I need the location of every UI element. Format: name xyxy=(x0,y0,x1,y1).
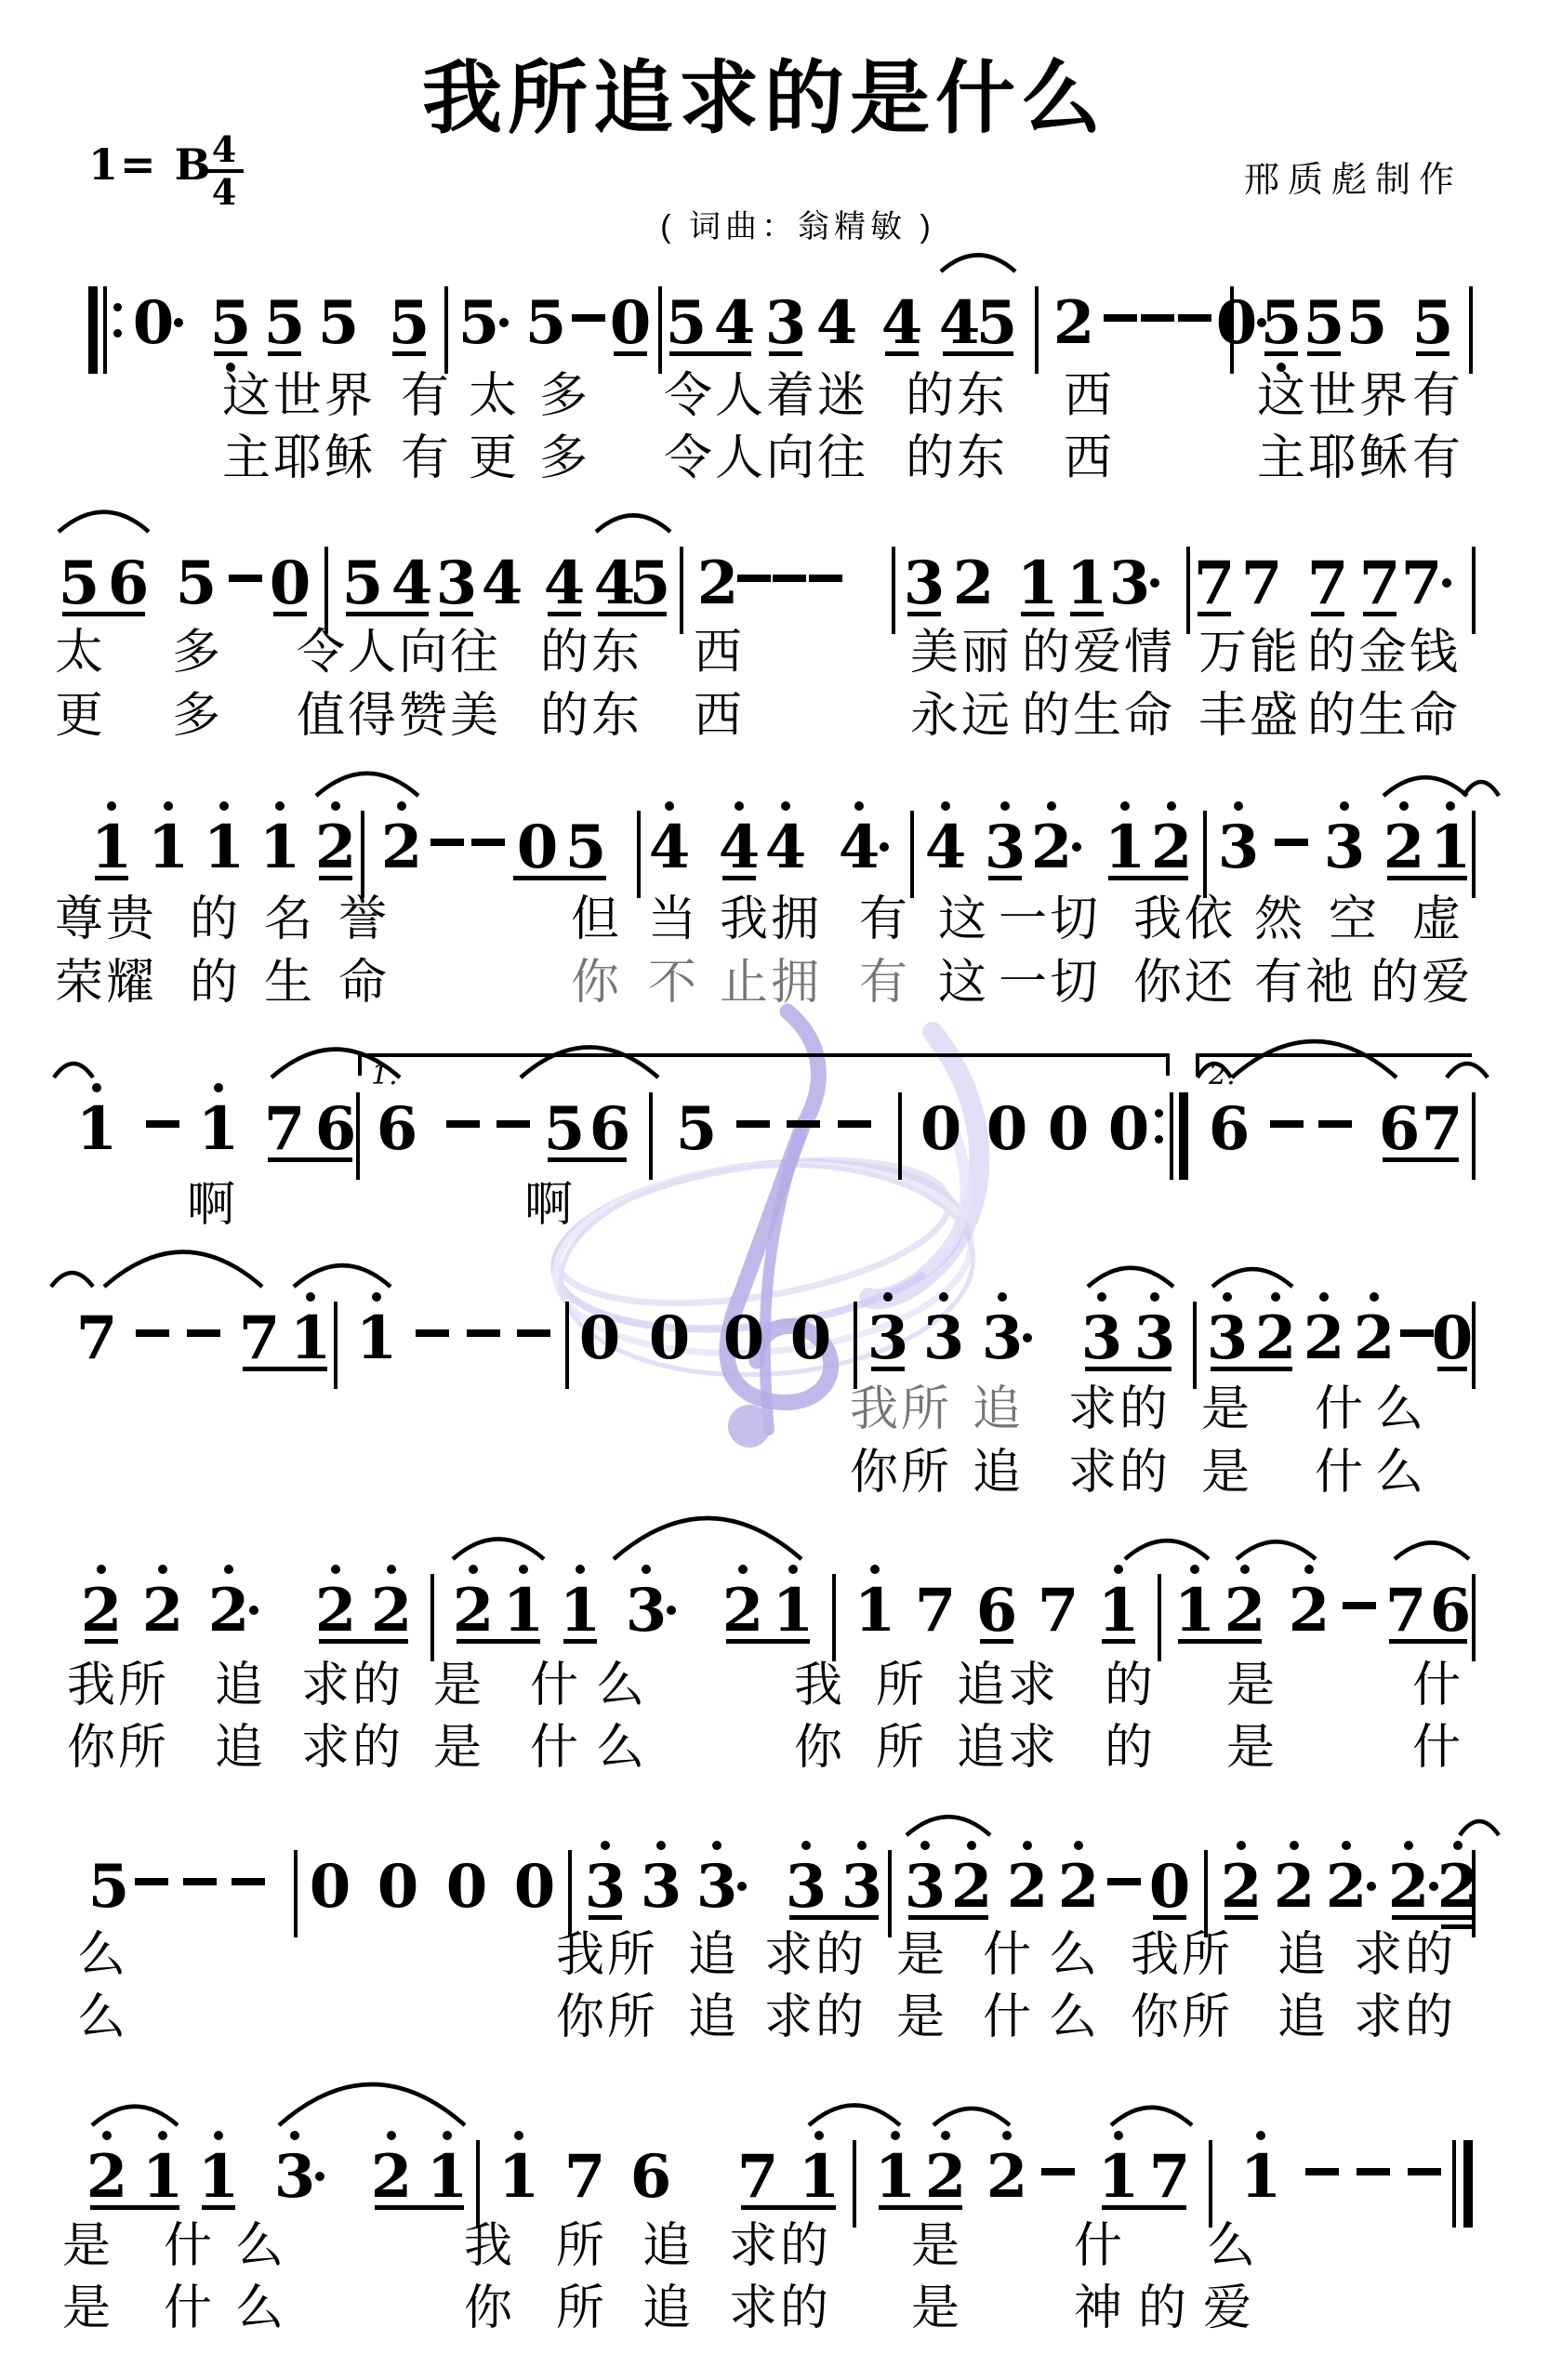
octave-dot-above xyxy=(92,1083,101,1092)
note-digit: 7 xyxy=(1038,1581,1079,1641)
note-digit: 3 xyxy=(923,1309,965,1368)
lyric-text: 什 xyxy=(530,1661,581,1710)
slur-tie xyxy=(59,512,149,532)
note-digit: 5 xyxy=(176,554,218,614)
octave-dot-above xyxy=(967,1841,976,1850)
octave-dot-above xyxy=(642,1565,651,1574)
lyric-text: 什 xyxy=(1412,1661,1463,1710)
lyric-text: 求的 xyxy=(729,2284,831,2333)
note-digit: 2 xyxy=(1354,1309,1396,1368)
barline-single xyxy=(637,811,641,898)
lyric-text: 我所 xyxy=(67,1661,169,1710)
lyric-text: 什 xyxy=(1074,2222,1125,2270)
note-digit: 0 xyxy=(1432,1309,1474,1368)
beam-underline xyxy=(268,351,301,356)
note-digit: 4 xyxy=(649,818,691,878)
lyric-text: 你还 xyxy=(1133,959,1236,1007)
lyric-text: 的生命 xyxy=(1022,692,1175,740)
barline-single xyxy=(1035,286,1039,374)
beam-underline xyxy=(1085,1367,1171,1371)
note-digit: 3 xyxy=(1134,1309,1176,1368)
lyric-text: 什 xyxy=(1315,1385,1366,1434)
octave-dot-above xyxy=(158,1565,167,1574)
barline-single xyxy=(1158,1574,1161,1661)
lyric-text: 追求 xyxy=(957,1724,1059,1772)
beam-underline xyxy=(1416,351,1449,356)
slur-tie xyxy=(51,1273,93,1287)
beam-underline xyxy=(943,351,1013,356)
beam-underline xyxy=(741,2205,836,2210)
lyric-text: 什 xyxy=(164,2284,215,2333)
lyric-text: 的爱情 xyxy=(1022,628,1175,677)
note-digit: 5 xyxy=(976,294,1018,353)
barline-single xyxy=(565,1302,569,1389)
lyric-text: 是 xyxy=(1226,1661,1277,1710)
rest-dash xyxy=(1357,2168,1390,2175)
note-digit: 5 xyxy=(458,294,500,353)
barline-single xyxy=(892,547,895,634)
note-digit: 3 xyxy=(641,1858,682,1917)
octave-dot-above xyxy=(1023,1841,1032,1850)
note-digit: 4 xyxy=(839,818,880,878)
barline-single xyxy=(430,1574,434,1661)
note-digit: 6 xyxy=(1430,1581,1472,1641)
slur-tie xyxy=(941,255,1015,271)
lyric-text: 求的 xyxy=(301,1661,404,1710)
octave-dot-above xyxy=(576,1565,585,1574)
note-digit: 1 xyxy=(142,2148,184,2207)
note-digit: 3 xyxy=(841,1858,883,1917)
rest-dash xyxy=(446,1120,480,1128)
lyric-text: 的东 xyxy=(906,434,1008,483)
rest-dash xyxy=(416,1329,449,1337)
rest-dash xyxy=(136,1329,169,1337)
note-digit: 2 xyxy=(1031,818,1073,878)
lyric-text: 这 xyxy=(938,895,989,944)
barline-repeat-begin-thin xyxy=(103,286,107,374)
barline-single xyxy=(1472,1850,1476,1937)
beam-underline xyxy=(95,876,128,880)
lyric-text: 是 xyxy=(62,2222,113,2270)
note-digit: 3 xyxy=(786,1858,827,1917)
octave-dot-above xyxy=(854,801,864,811)
lyric-text: 求的 xyxy=(1354,1993,1456,2042)
note-digit: 2 xyxy=(951,1858,993,1917)
rest-dash xyxy=(1305,2168,1339,2175)
octave-dot-above xyxy=(891,2131,900,2140)
octave-dot-above xyxy=(1234,801,1243,811)
lyric-text: 所 xyxy=(556,2284,607,2333)
lyric-text: 这世界 xyxy=(1257,372,1410,420)
note-digit: 0 xyxy=(649,1309,691,1368)
beam-underline xyxy=(392,351,426,356)
beam-underline xyxy=(769,351,802,356)
lyric-text: 主耶稣 xyxy=(1257,434,1410,483)
octave-dot-above xyxy=(1370,1292,1379,1302)
lyric-text: 当 xyxy=(648,895,699,944)
barline-single xyxy=(1203,811,1207,898)
note-digit: 1 xyxy=(1017,554,1059,614)
barline-single xyxy=(1193,1302,1197,1389)
lyric-text: 一切 xyxy=(999,959,1101,1007)
note-digit: 2 xyxy=(371,2148,413,2207)
rest-dash xyxy=(572,314,605,322)
beam-underline xyxy=(440,612,473,616)
note-digit: 2 xyxy=(1151,818,1193,878)
note-digit: 5 xyxy=(1261,294,1303,353)
note-digit: 3 xyxy=(1081,1309,1123,1368)
octave-dot-above xyxy=(883,1292,893,1302)
beam-underline xyxy=(1307,351,1341,356)
beam-underline xyxy=(457,1639,540,1644)
lyric-text: 这 xyxy=(938,959,989,1007)
slur-tie xyxy=(1111,2108,1192,2125)
lyric-text: 命 xyxy=(338,959,390,1007)
note-digit: 2 xyxy=(1007,1858,1049,1917)
lyric-text: 空 xyxy=(1329,895,1380,944)
lyric-text: 什 xyxy=(1412,1724,1463,1772)
barline-single xyxy=(356,1092,360,1180)
augmentation-dot xyxy=(315,2172,324,2181)
note-digit: 7 xyxy=(737,2148,779,2207)
octave-dot-above xyxy=(920,1841,930,1850)
beam-underline xyxy=(62,612,145,616)
note-digit: 4 xyxy=(939,294,981,353)
rest-dash xyxy=(1343,1602,1376,1609)
octave-dot-above xyxy=(219,801,229,811)
octave-dot-above xyxy=(164,801,173,811)
beam-underline xyxy=(722,876,756,880)
octave-dot-above xyxy=(1223,1292,1232,1302)
lyric-text: 的东 xyxy=(906,372,1008,420)
beam-underline xyxy=(879,2205,962,2210)
note-digit: 1 xyxy=(204,818,245,878)
lyric-text: 然 xyxy=(1254,895,1305,944)
beam-underline xyxy=(598,612,667,616)
beam-underline xyxy=(243,1367,327,1371)
slur-tie xyxy=(521,1047,658,1078)
beam-underline xyxy=(1383,1157,1459,1162)
augmentation-dot xyxy=(1442,578,1451,588)
lyric-text: 誉 xyxy=(338,895,390,944)
note-digit: 1 xyxy=(198,1100,240,1159)
beam-underline xyxy=(726,1639,810,1644)
beam-underline xyxy=(319,876,352,880)
note-digit: 2 xyxy=(1058,1858,1100,1917)
note-digit: 3 xyxy=(985,818,1026,878)
lyric-text: 求的 xyxy=(764,1993,867,2042)
note-digit: 3 xyxy=(696,1858,738,1917)
note-digit: 3 xyxy=(904,554,946,614)
beam-underline xyxy=(908,1915,988,1920)
barline-single xyxy=(1472,547,1476,634)
beam-underline xyxy=(988,876,1022,880)
barline-single xyxy=(334,1302,338,1389)
rest-dash xyxy=(135,1878,168,1885)
note-digit: 5 xyxy=(342,554,384,614)
note-digit: 1 xyxy=(1430,818,1472,878)
note-digit: 7 xyxy=(1307,554,1349,614)
note-digit: 3 xyxy=(982,1309,1024,1368)
note-digit: 2 xyxy=(315,818,357,878)
note-digit: 3 xyxy=(1109,554,1151,614)
note-digit: 2 xyxy=(1388,1858,1430,1917)
lyric-text: 是 xyxy=(911,2222,962,2270)
repeat-dot xyxy=(1155,1135,1163,1144)
lyric-text: 西 xyxy=(694,628,745,677)
slur-tie xyxy=(294,1265,390,1287)
lyric-text: 有 xyxy=(1412,434,1463,483)
lyric-text: 一切 xyxy=(999,895,1101,944)
octave-dot-above xyxy=(781,801,790,811)
lyric-text: 你所 xyxy=(850,1448,952,1497)
note-digit: 0 xyxy=(1048,1100,1090,1159)
lyric-text: 尊贵 xyxy=(55,895,157,944)
barline-single xyxy=(444,286,448,374)
beam-underline xyxy=(789,1915,879,1920)
lyric-text: 么 xyxy=(235,2222,286,2270)
octave-dot-above xyxy=(1453,1841,1463,1850)
rest-dash xyxy=(1408,2168,1441,2175)
lyric-text: 令人向往 xyxy=(664,434,868,483)
beam-underline xyxy=(1363,612,1397,616)
note-digit: 5 xyxy=(565,818,607,878)
barline-single xyxy=(898,1092,902,1180)
augmentation-dot xyxy=(737,1882,747,1891)
note-digit: 2 xyxy=(986,2148,1028,2207)
rest-dash xyxy=(736,1120,770,1128)
octave-dot-above xyxy=(1190,1565,1199,1574)
note-digit: 0 xyxy=(514,1858,556,1917)
note-digit: 7 xyxy=(239,1309,281,1368)
note-digit: 7 xyxy=(76,1309,118,1368)
barline-single xyxy=(853,2140,856,2228)
note-digit: 2 xyxy=(1221,1858,1263,1917)
lyric-text: 太 xyxy=(55,628,106,677)
barline-single xyxy=(324,547,328,634)
note-digit: 1 xyxy=(1066,554,1108,614)
lyric-text: 我所 xyxy=(850,1385,952,1434)
beam-underline xyxy=(319,1639,408,1644)
lyric-text: 是 xyxy=(433,1661,484,1710)
lyric-text: 但 xyxy=(571,895,622,944)
note-digit: 2 xyxy=(1274,1858,1316,1917)
beam-underline xyxy=(1224,1915,1258,1920)
lyric-text: 的生命 xyxy=(1307,692,1461,740)
octave-dot-above xyxy=(1304,1565,1314,1574)
note-digit: 5 xyxy=(1304,294,1345,353)
octave-dot-above xyxy=(1404,1841,1413,1850)
octave-dot-above xyxy=(1167,801,1176,811)
lyric-text: 你 xyxy=(464,2284,515,2333)
octave-dot-above xyxy=(224,1565,233,1574)
lyric-text: 所 xyxy=(556,2222,607,2270)
beam-underline xyxy=(346,612,429,616)
note-digit: 0 xyxy=(1149,1858,1191,1917)
rest-dash xyxy=(773,575,806,582)
beam-underline xyxy=(907,612,941,616)
note-digit: 5 xyxy=(666,294,708,353)
octave-dot-above xyxy=(97,1565,106,1574)
beam-underline xyxy=(563,1639,597,1644)
octave-dot-above xyxy=(1150,1292,1159,1302)
slur-tie xyxy=(104,1252,262,1287)
note-digit: 1 xyxy=(148,818,190,878)
octave-dot-above xyxy=(331,801,340,811)
note-digit: 7 xyxy=(564,2148,606,2207)
lyric-text: 是 xyxy=(896,1931,947,1979)
lyric-text: 多 xyxy=(539,434,590,483)
lyric-text: 的 xyxy=(1105,1724,1156,1772)
beam-underline xyxy=(548,1157,627,1162)
lyric-text: 主耶稣 xyxy=(222,434,376,483)
lyric-text: 有 xyxy=(401,372,452,420)
slur-tie xyxy=(279,2084,465,2125)
volta-bracket-tick xyxy=(1166,1053,1170,1076)
note-digit: 2 xyxy=(381,818,423,878)
note-digit: 3 xyxy=(1324,818,1366,878)
beam-underline xyxy=(375,2205,464,2210)
lyric-text: 神 xyxy=(1074,2284,1125,2333)
note-digit: 2 xyxy=(953,554,995,614)
rest-dash xyxy=(1107,1878,1141,1885)
note-digit: 6 xyxy=(976,1581,1018,1641)
note-digit: 1 xyxy=(427,2148,469,2207)
lyric-text: 的东 xyxy=(540,692,642,740)
note-digit: 2 xyxy=(1304,1309,1345,1368)
beam-underline xyxy=(669,351,751,356)
octave-dot-above xyxy=(801,1841,811,1850)
note-digit: 0 xyxy=(986,1100,1028,1159)
lyric-text: 追 xyxy=(215,1724,266,1772)
sheet-music-page: 我所追求的是什么 1= B 4 4 邢质彪制作 ( 词曲：翁精敏 ) 05555… xyxy=(0,0,1562,2380)
lyric-text: 这世界 xyxy=(222,372,376,420)
slur-tie xyxy=(596,515,670,532)
beam-underline xyxy=(214,351,247,356)
note-digit: 2 xyxy=(1255,1309,1297,1368)
note-digit: 5 xyxy=(676,1100,718,1159)
note-digit: 0 xyxy=(723,1309,765,1368)
note-digit: 0 xyxy=(270,554,311,614)
lyric-text: 的 xyxy=(190,959,241,1007)
octave-dot-above xyxy=(857,1841,867,1850)
note-digit: 0 xyxy=(920,1100,962,1159)
octave-dot-above xyxy=(1399,801,1409,811)
volta-bracket xyxy=(1196,1053,1472,1057)
note-digit: 2 xyxy=(371,1581,413,1641)
note-digit: 0 xyxy=(610,294,652,353)
repeat-dot xyxy=(1155,1109,1163,1117)
rest-dash xyxy=(471,839,505,846)
rest-dash xyxy=(517,1329,550,1337)
beam-underline xyxy=(1392,1915,1475,1920)
slur-tie xyxy=(809,2105,900,2125)
rest-dash xyxy=(838,1120,871,1128)
note-digit: 1 xyxy=(198,2148,240,2207)
octave-dot-above xyxy=(870,1565,880,1574)
beam-underline xyxy=(614,351,647,356)
note-digit: 3 xyxy=(626,1581,668,1641)
rest-dash xyxy=(737,575,771,582)
slur-tie xyxy=(1447,1064,1488,1078)
note-digit: 1 xyxy=(76,1100,118,1159)
lyric-text: 么 xyxy=(596,1661,647,1710)
lyric-text: 名 xyxy=(264,895,315,944)
barline-single xyxy=(568,1850,572,1937)
lyric-text: 令人着迷 xyxy=(664,372,868,420)
note-digit: 1 xyxy=(498,2148,540,2207)
octave-dot-above xyxy=(1002,2131,1012,2140)
beam-underline xyxy=(1021,612,1054,616)
note-digit: 4 xyxy=(544,554,586,614)
octave-dot-above xyxy=(1120,801,1130,811)
octave-dot-above xyxy=(998,1292,1007,1302)
note-digit: 5 xyxy=(88,1858,130,1917)
beam-underline xyxy=(1178,1639,1262,1644)
octave-dot-above xyxy=(1047,801,1056,811)
lyric-text: 有 xyxy=(1412,372,1463,420)
note-digit: 6 xyxy=(377,1100,418,1159)
note-digit: 7 xyxy=(915,1581,957,1641)
note-digit: 2 xyxy=(208,1581,250,1641)
augmentation-dot xyxy=(249,1606,258,1615)
lyric-text: 止拥 xyxy=(720,959,822,1007)
beam-underline xyxy=(90,2205,179,2210)
lyric-text: 你所 xyxy=(556,1993,658,2042)
note-digit: 3 xyxy=(867,1309,909,1368)
lyric-text: 我 xyxy=(794,1661,845,1710)
rest-dash xyxy=(1318,1120,1352,1128)
lyric-text: 荣耀 xyxy=(55,959,157,1007)
lyric-text: 我所 xyxy=(556,1931,658,1979)
note-digit: 3 xyxy=(436,554,478,614)
lyric-text: 啊 xyxy=(187,1181,238,1229)
note-digit: 7 xyxy=(1401,554,1443,614)
beam-underline xyxy=(589,1915,622,1920)
lyric-text: 求的 xyxy=(764,1931,867,1979)
octave-dot-above xyxy=(1240,1565,1250,1574)
lyric-text: 我依 xyxy=(1133,895,1236,944)
note-digit: 0 xyxy=(1216,294,1258,353)
rest-dash xyxy=(187,1329,220,1337)
note-digit: 1 xyxy=(875,2148,917,2207)
note-digit: 1 xyxy=(854,1581,896,1641)
note-digit: 5 xyxy=(318,294,360,353)
slur-tie xyxy=(1125,1540,1209,1559)
slur-tie xyxy=(1237,1541,1316,1559)
lyric-text: 令人向往 xyxy=(297,628,501,677)
slur-tie xyxy=(1460,1821,1499,1835)
octave-dot-above xyxy=(519,1565,528,1574)
lyric-text: 我拥 xyxy=(720,895,822,944)
barline-single xyxy=(361,811,364,898)
barline-repeat-end-thick xyxy=(1179,1092,1188,1180)
note-digit: 1 xyxy=(1098,2148,1140,2207)
augmentation-dot xyxy=(1150,578,1159,588)
lyric-text: 所 xyxy=(876,1661,927,1710)
octave-dot-above xyxy=(1290,1841,1299,1850)
lyric-text: 你 xyxy=(571,959,622,1007)
note-digit: 7 xyxy=(1422,1100,1463,1159)
augmentation-dot xyxy=(174,318,183,327)
jianpu-score: 055555505434445205555这世界有太多令人着迷的东西这世界有主耶… xyxy=(0,0,1562,2380)
barline-repeat-end-thin xyxy=(1170,1092,1173,1180)
rest-dash xyxy=(1275,839,1308,846)
beam-underline xyxy=(1198,612,1231,616)
note-digit: 3 xyxy=(1207,1309,1249,1368)
slur-tie xyxy=(907,1817,990,1835)
augmentation-dot xyxy=(1072,842,1081,852)
